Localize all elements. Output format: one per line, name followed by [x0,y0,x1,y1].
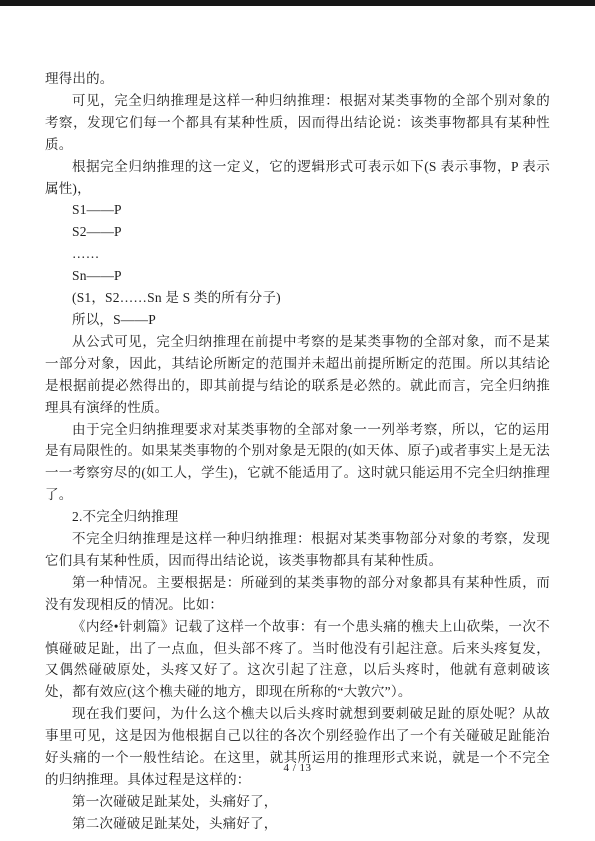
top-border-bar [0,0,595,6]
paragraph: 第一种情况。主要根据是：所碰到的某类事物的部分对象都具有某种性质，而没有发现相反… [45,572,550,616]
paragraph: 根据完全归纳推理的这一定义，它的逻辑形式可表示如下(S 表示事物，P 表示属性)… [45,156,550,200]
paragraph: …… [45,243,550,265]
paragraph: 不完全归纳推理是这样一种归纳推理：根据对某类事物部分对象的考察，发现它们具有某种… [45,528,550,572]
paragraph: 从公式可见，完全归纳推理在前提中考察的是某类事物的全部对象，而不是某一部分对象，… [45,331,550,419]
paragraph: 2.不完全归纳推理 [45,506,550,528]
paragraph: S1——P [45,199,550,221]
paragraph: 第二次碰破足趾某处，头痛好了， [45,813,550,835]
paragraph: 所以，S——P [45,309,550,331]
paragraph: 理得出的。 [45,68,550,90]
paragraph: 可见，完全归纳推理是这样一种归纳推理：根据对某类事物的全部个别对象的考察，发现它… [45,90,550,156]
paragraph: (S1，S2……Sn 是 S 类的所有分子) [45,287,550,309]
document-body: 理得出的。可见，完全归纳推理是这样一种归纳推理：根据对某类事物的全部个别对象的考… [45,68,550,835]
paragraph: Sn——P [45,265,550,287]
page-number: 4 / 13 [0,762,595,774]
paragraph: S2——P [45,221,550,243]
paragraph: 由于完全归纳推理要求对某类事物的全部对象一一列举考察，所以，它的运用是有局限性的… [45,419,550,507]
paragraph: 现在我们要问，为什么这个樵夫以后头疼时就想到要刺破足趾的原处呢？从故事里可见，这… [45,703,550,791]
paragraph: 《内经•针刺篇》记载了这样一个故事：有一个患头痛的樵夫上山砍柴，一次不慎碰破足趾… [45,616,550,704]
paragraph: 第一次碰破足趾某处，头痛好了， [45,791,550,813]
